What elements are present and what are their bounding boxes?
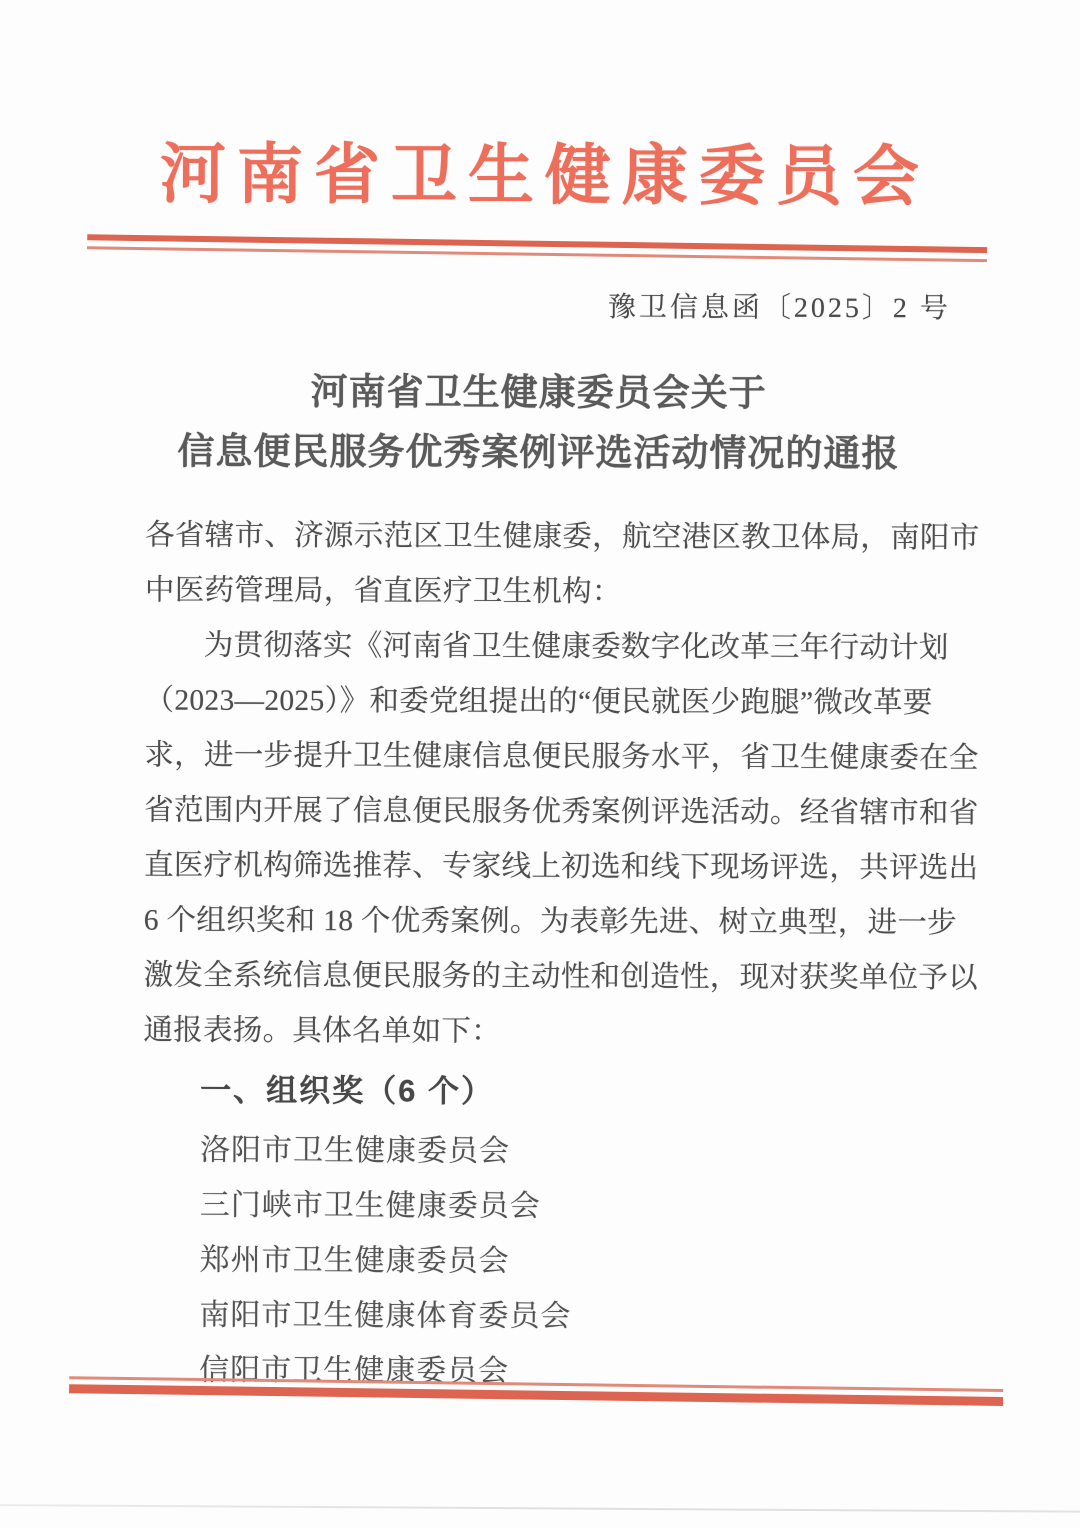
document-title: 河南省卫生健康委员会关于 信息便民服务优秀案例评选活动情况的通报 <box>0 362 1079 486</box>
document-title-line-1: 河南省卫生健康委员会关于 <box>0 362 1079 426</box>
body-line: 直医疗机构筛选推荐、专家线上初选和线下现场评选，共评选出 <box>144 839 944 897</box>
body-line: 激发全系统信息便民服务的主动性和创造性，现对获奖单位予以 <box>143 949 943 1007</box>
letterhead-divider-rule <box>87 234 987 261</box>
body-line: 中医药管理局，省直医疗卫生机构： <box>145 564 945 622</box>
letterhead-org-name: 河南省卫生健康委员会 <box>0 120 1080 219</box>
award-list-item: 郑州市卫生健康委员会 <box>200 1233 572 1289</box>
document-number: 豫卫信息函〔2025〕2 号 <box>608 285 951 326</box>
document-body: 各省辖市、济源示范区卫生健康委，航空港区教卫体局，南阳市 中医药管理局，省直医疗… <box>143 509 945 1062</box>
award-list-item: 三门峡市卫生健康委员会 <box>200 1178 572 1234</box>
award-list-item: 南阳市卫生健康体育委员会 <box>199 1288 571 1344</box>
award-list-item: 洛阳市卫生健康委员会 <box>200 1123 572 1179</box>
body-line: 通报表扬。具体名单如下： <box>143 1004 943 1062</box>
section-heading-organization-awards: 一、组织奖（6 个） <box>200 1065 494 1111</box>
award-list: 洛阳市卫生健康委员会 三门峡市卫生健康委员会 郑州市卫生健康委员会 南阳市卫生健… <box>199 1123 572 1399</box>
document-title-line-2: 信息便民服务优秀案例评选活动情况的通报 <box>0 422 1079 486</box>
body-line: 6 个组织奖和 18 个优秀案例。为表彰先进、树立典型，进一步 <box>144 894 944 952</box>
scan-content: 河南省卫生健康委员会 豫卫信息函〔2025〕2 号 河南省卫生健康委员会关于 信… <box>0 0 1080 1528</box>
body-line: 各省辖市、济源示范区卫生健康委，航空港区教卫体局，南阳市 <box>145 509 945 567</box>
body-line: 求，进一步提升卫生健康信息便民服务水平，省卫生健康委在全 <box>144 729 944 787</box>
body-line: （2023—2025）》和委党组提出的“便民就医少跑腿”微改革要 <box>144 674 944 732</box>
scanned-document-page: 河南省卫生健康委员会 豫卫信息函〔2025〕2 号 河南省卫生健康委员会关于 信… <box>0 0 1080 1528</box>
body-line: 为贯彻落实《河南省卫生健康委数字化改革三年行动计划 <box>145 619 945 677</box>
body-line: 省范围内开展了信息便民服务优秀案例评选活动。经省辖市和省 <box>144 784 944 842</box>
